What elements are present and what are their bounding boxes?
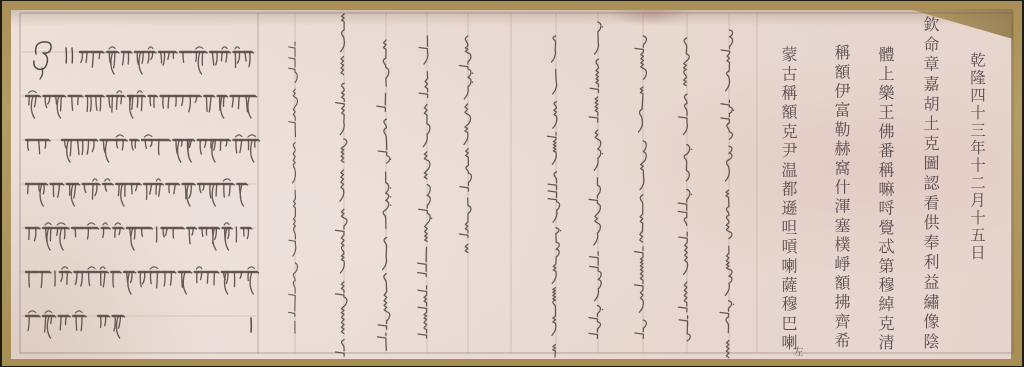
- tibetan-text-line-1: [80, 47, 254, 74]
- manchu-script-column-4: [418, 36, 433, 338]
- small-annotation-char: 左: [794, 344, 804, 358]
- manchu-script-column-8: [635, 36, 647, 338]
- chinese-deity-tibetan-name-column: 體上樂王佛番稱嘛哷覺忒第穆綽克清: [874, 46, 897, 353]
- tibetan-text-line-3: [26, 135, 260, 162]
- chinese-decree-column: 欽命章嘉胡土克圖認看供奉利益繡像陰: [919, 16, 942, 353]
- tibetan-text-line-2: [26, 91, 257, 118]
- chinese-manchu-name-column: 稱額伊富勒赫窩什渾塞樸崢額拂齊希: [830, 44, 853, 351]
- manchu-script-column-6: [547, 36, 561, 357]
- tibetan-text-line-4: [26, 179, 248, 206]
- tibetan-text-line-5: [26, 223, 253, 250]
- tibetan-text-line-7: [26, 311, 125, 338]
- chinese-date-column: 乾隆四十三年十二月十五日: [966, 52, 988, 262]
- manchu-script-column-5: [459, 36, 473, 253]
- tibetan-text-line-6: [26, 267, 259, 294]
- manchu-script-column-9: [678, 38, 692, 341]
- chinese-mongol-name-column: 蒙古稱額克尹温都遜呾嗊喇薩穆巴喇: [777, 46, 800, 353]
- manchu-script-column-7: [589, 22, 603, 338]
- tibetan-yig-mgo-ornament: [34, 42, 73, 79]
- manchu-script-column-1: [288, 42, 297, 333]
- manchu-script-column-3: [377, 40, 392, 350]
- manchu-script-column-2: [335, 14, 347, 356]
- manuscript-photo: 乾隆四十三年十二月十五日 欽命章嘉胡土克圖認看供奉利益繡像陰 體上樂王佛番稱嘛哷…: [0, 0, 1024, 367]
- manchu-script-column-10: [720, 30, 734, 358]
- handwritten-script-layer: [0, 0, 1024, 367]
